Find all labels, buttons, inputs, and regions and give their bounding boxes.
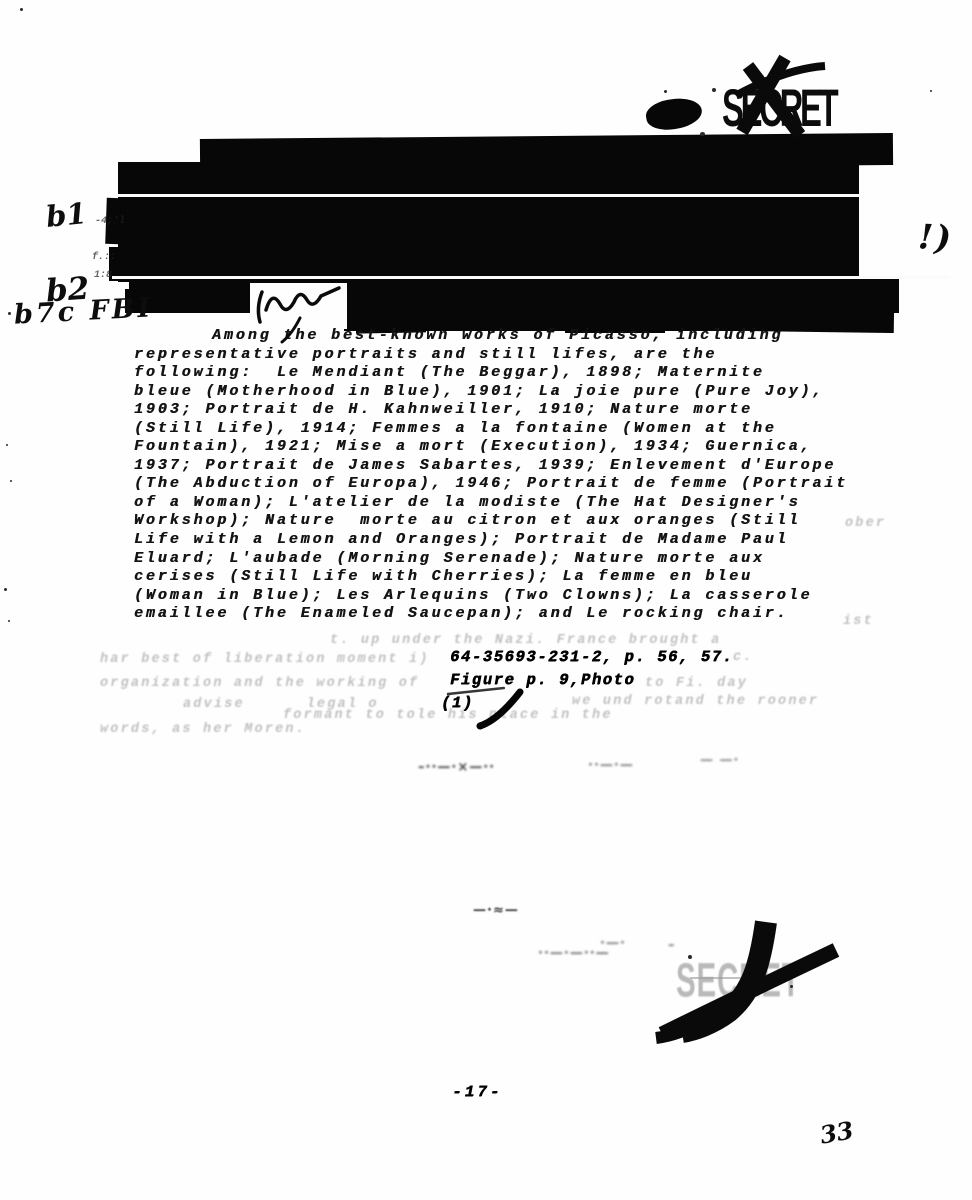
typed-line: (The Abduction of Europa), 1946; Portrai… <box>134 475 848 494</box>
typed-line: (Still Life), 1914; Femmes a la fontaine… <box>134 420 848 439</box>
typed-line: Among the best-known works of Picasso, i… <box>134 327 848 346</box>
ghost-line: ist <box>843 614 874 629</box>
handwritten-b7c-fbi: b7c FBI <box>13 292 154 330</box>
handwritten-page-33: 33 <box>818 1115 856 1149</box>
secret-stamp-top: SECRET <box>722 80 835 139</box>
ghost-line: organization and the working of <box>100 676 419 691</box>
citation-serial: 64-35693-231-2, p. 56, 57. <box>450 648 733 666</box>
paper-speck <box>8 312 11 315</box>
paper-speck <box>700 132 705 136</box>
smudge: – <box>668 938 676 953</box>
scan-line <box>112 276 950 279</box>
paper-speck <box>790 985 793 988</box>
typed-line: Eluard; L'aubade (Morning Serenade); Nat… <box>134 550 848 569</box>
handwritten-b1: b1 <box>44 196 88 234</box>
paper-speck <box>712 88 716 92</box>
text-fragment: f.:: <box>92 252 116 263</box>
typed-line: cerises (Still Life with Cherries); La f… <box>134 568 848 587</box>
smudge: ··—·— <box>588 758 634 773</box>
paper-speck <box>688 955 692 959</box>
typed-line: 1937; Portrait de James Sabartes, 1939; … <box>134 457 848 476</box>
paper-speck <box>4 588 7 591</box>
ghost-line: har best of liberation moment i) <box>100 652 430 667</box>
smudge: ··—·—··— <box>538 946 610 961</box>
ghost-line: t. up under the Nazi. France brought a <box>330 633 721 648</box>
typed-paragraph: Among the best-known works of Picasso, i… <box>134 327 848 624</box>
paper-speck <box>930 90 932 92</box>
typed-line: (Woman in Blue); Les Arlequins (Two Clow… <box>134 587 848 606</box>
scanned-document-page: SECRET SECRET Among the best-known works… <box>0 0 972 1200</box>
paper-speck <box>10 480 12 482</box>
ghost-line: c. <box>733 650 754 665</box>
smudge: –··—·×—·· <box>418 760 495 775</box>
scan-line <box>118 194 859 197</box>
paper-speck <box>6 444 8 446</box>
page-number: -17- <box>452 1083 502 1101</box>
typed-line: of a Woman); L'atelier de la modiste (Th… <box>134 494 848 513</box>
typed-line: Life with a Lemon and Oranges); Portrait… <box>134 531 848 550</box>
margin-parenthesis: !) <box>917 217 954 259</box>
ghost-line: ober <box>845 516 886 531</box>
ghost-line: to Fi. day <box>645 676 748 691</box>
typed-line: Workshop); Nature morte au citron et aux… <box>134 512 848 531</box>
typed-line: representative portraits and still lifes… <box>134 346 848 365</box>
redaction-notch <box>250 283 347 329</box>
ink-blob <box>644 94 704 133</box>
paper-speck <box>664 90 667 93</box>
text-fragment: -4;'l <box>95 216 125 227</box>
scan-line <box>690 977 760 979</box>
ghost-line: formant to tole his place in the <box>283 708 613 723</box>
smudge: — —· <box>700 753 739 768</box>
paper-speck <box>8 620 10 622</box>
secret-stamp-bottom: SECRET <box>676 952 801 1009</box>
ghost-line: words, as her Moren. <box>100 722 306 737</box>
typed-line: bleue (Motherhood in Blue), 1901; La joi… <box>134 383 848 402</box>
paper-speck <box>20 8 23 11</box>
smudge: —·≈— <box>473 903 519 918</box>
typed-line: 1903; Portrait de H. Kahnweiller, 1910; … <box>134 401 848 420</box>
redaction-block-main <box>118 162 859 282</box>
typed-line: following: Le Mendiant (The Beggar), 189… <box>134 364 848 383</box>
typed-line: Fountain), 1921; Mise a mort (Execution)… <box>134 438 848 457</box>
ghost-line: we und rotand the rooner <box>572 694 819 709</box>
citation-figure: Figure p. 9,Photo <box>450 671 635 689</box>
typed-line: emaillee (The Enameled Saucepan); and Le… <box>134 605 848 624</box>
text-fragment: 1:8 <box>94 270 112 281</box>
